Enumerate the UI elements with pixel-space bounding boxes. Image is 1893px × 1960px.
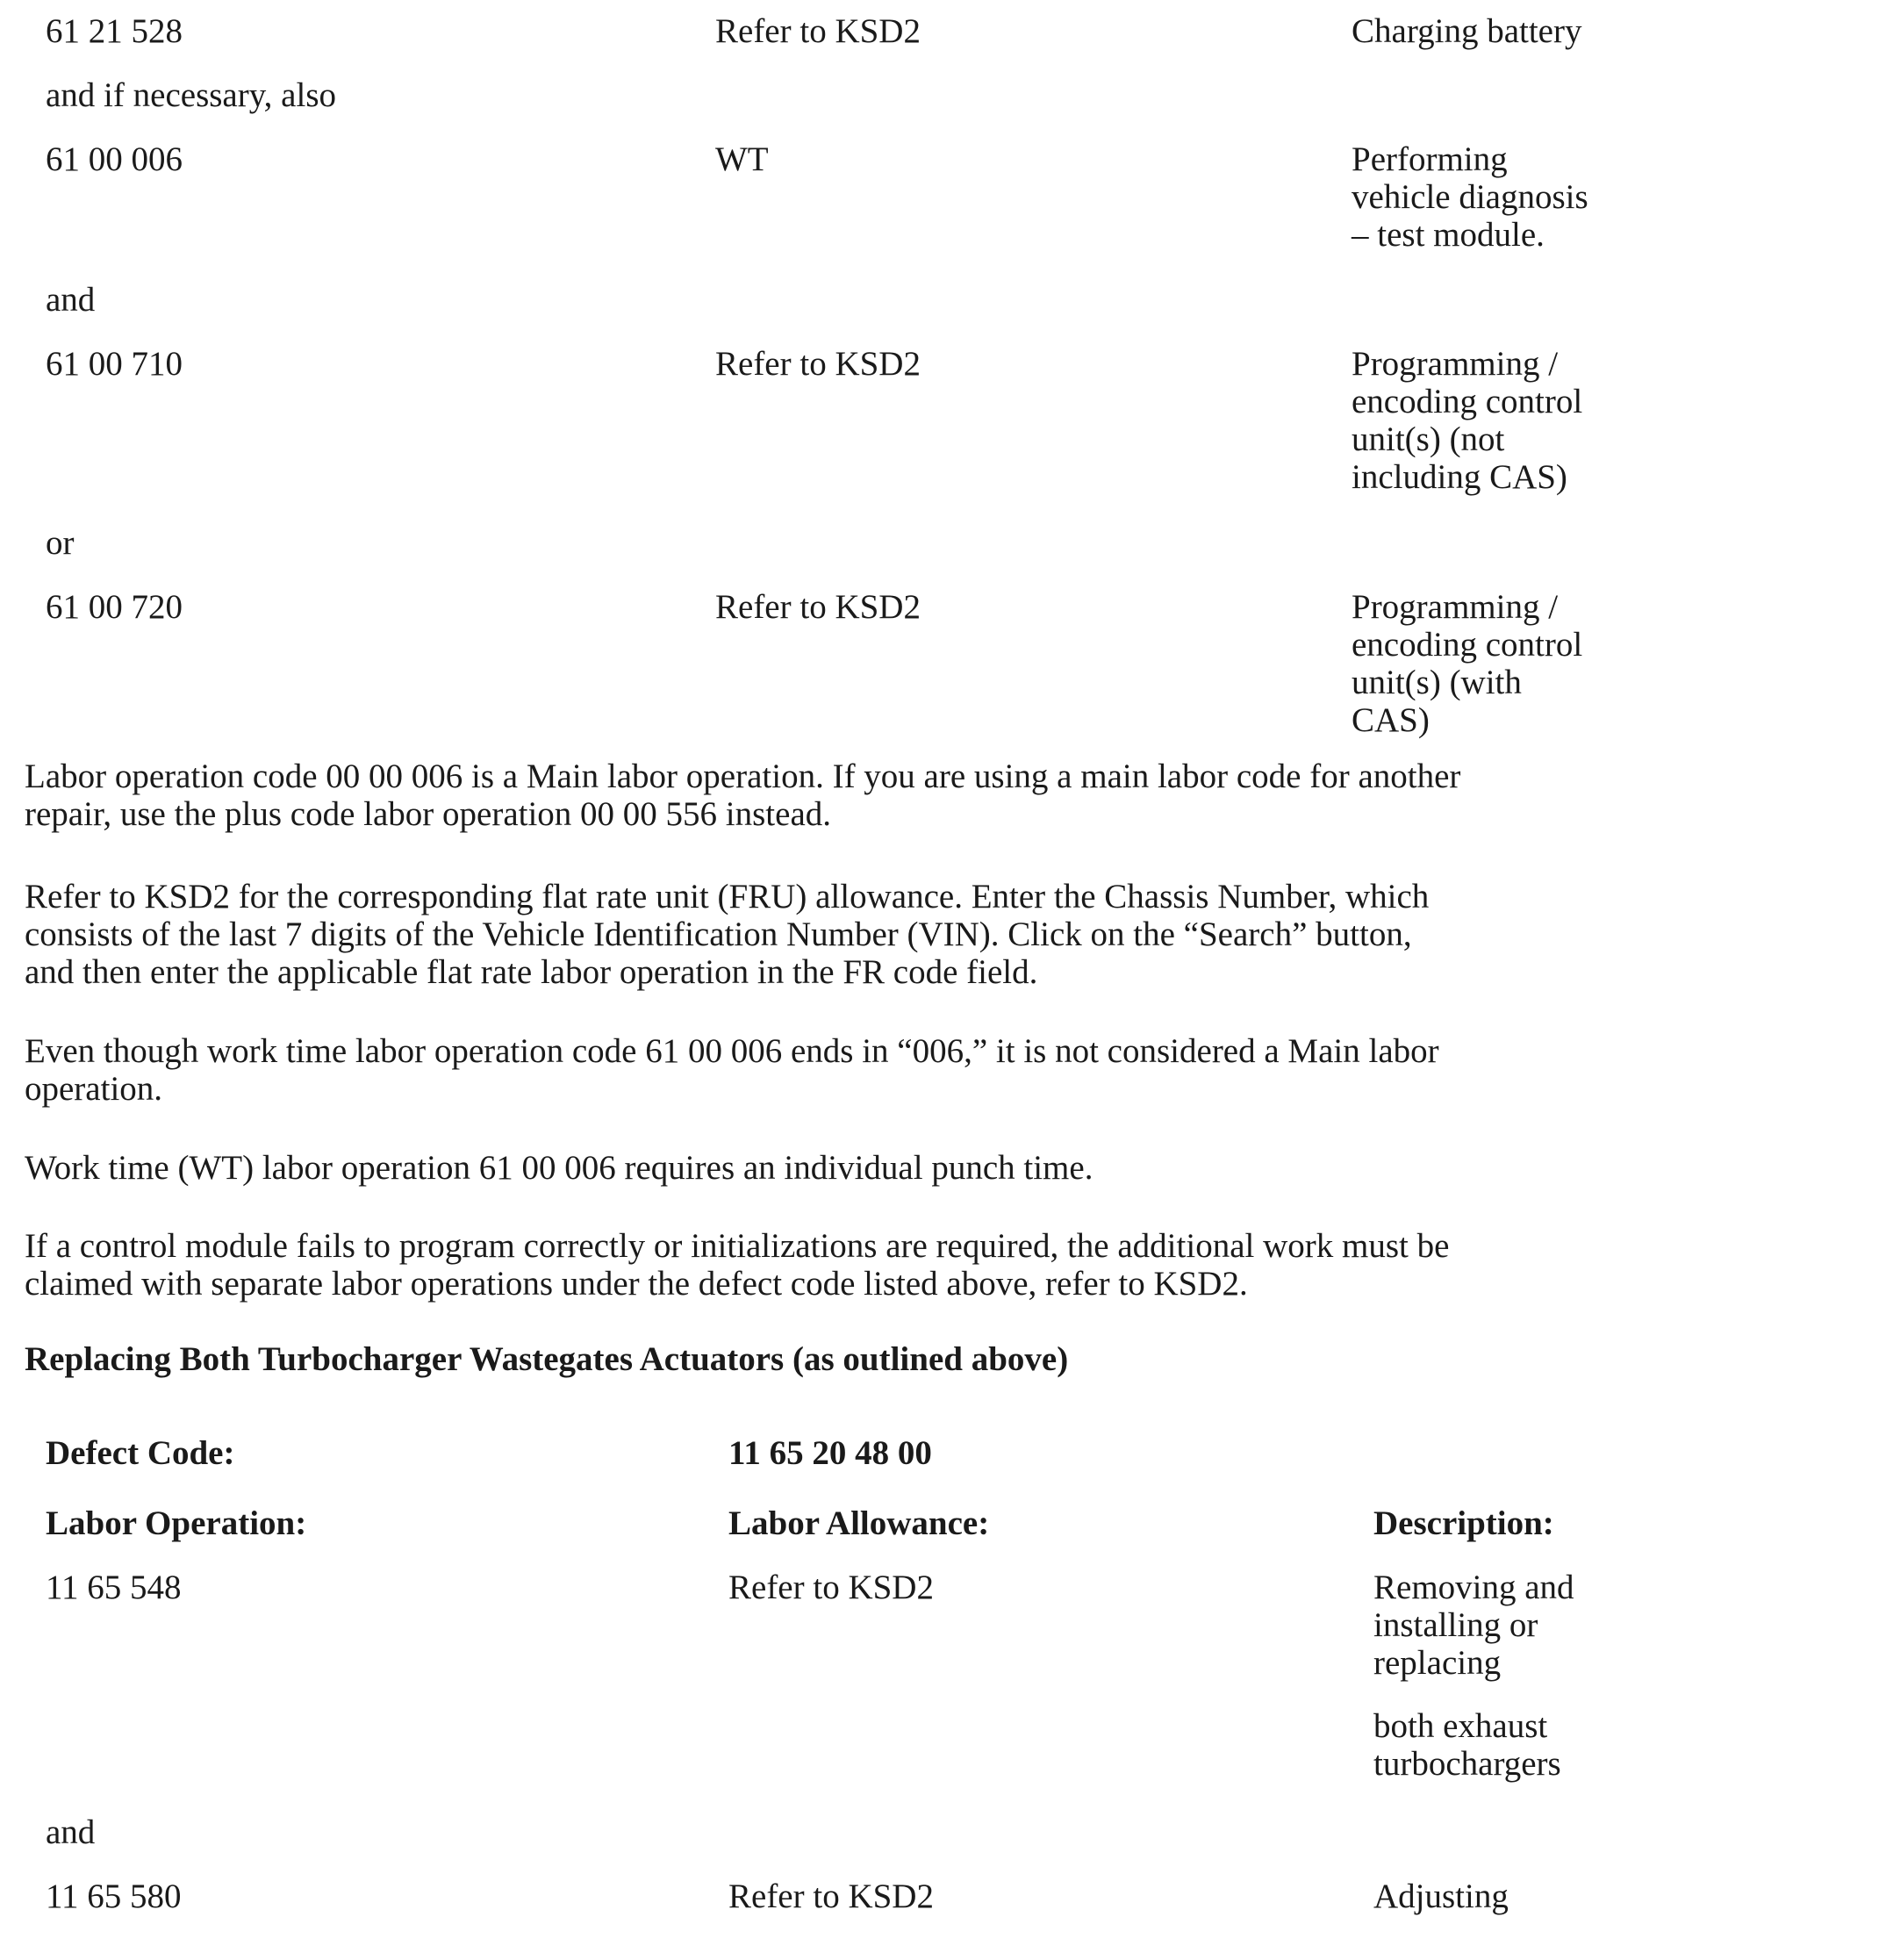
- description-line: CAS): [1352, 701, 1582, 739]
- labor-description: Removing and installing or replacing bot…: [1373, 1569, 1574, 1783]
- paragraph-line: claimed with separate labor operations u…: [25, 1265, 1876, 1303]
- labor-description: Programming / encoding control unit(s) (…: [1352, 588, 1582, 739]
- labor-description: Performing vehicle diagnosis – test modu…: [1352, 140, 1588, 254]
- description-line: replacing: [1373, 1644, 1574, 1682]
- paragraph-ksd2-note: Refer to KSD2 for the corresponding flat…: [25, 878, 1876, 991]
- labor-description: Charging battery: [1352, 12, 1581, 50]
- defect-code-label: Defect Code:: [46, 1434, 234, 1472]
- labor-description: Programming / encoding control unit(s) (…: [1352, 345, 1582, 496]
- labor-operation-code: 61 21 528: [46, 12, 183, 50]
- labor-allowance: Refer to KSD2: [715, 345, 921, 383]
- labor-allowance: Refer to KSD2: [728, 1877, 934, 1915]
- header-labor-operation: Labor Operation:: [46, 1504, 306, 1542]
- paragraph-line: If a control module fails to program cor…: [25, 1227, 1876, 1265]
- description-line: both exhaust: [1373, 1707, 1574, 1745]
- labor-allowance: WT: [715, 140, 769, 178]
- connector-text: and if necessary, also: [46, 76, 336, 114]
- labor-description: Adjusting: [1373, 1877, 1509, 1915]
- description-line: including CAS): [1352, 458, 1582, 496]
- section-heading: Replacing Both Turbocharger Wastegates A…: [25, 1340, 1068, 1378]
- labor-operation-code: 11 65 548: [46, 1569, 182, 1606]
- paragraph-line: and then enter the applicable flat rate …: [25, 953, 1876, 991]
- description-line: vehicle diagnosis: [1352, 178, 1588, 216]
- description-line: – test module.: [1352, 216, 1588, 254]
- labor-allowance: Refer to KSD2: [728, 1569, 934, 1606]
- labor-allowance: Refer to KSD2: [715, 588, 921, 626]
- header-description: Description:: [1373, 1504, 1554, 1542]
- paragraph-main-labor-note: Labor operation code 00 00 006 is a Main…: [25, 757, 1876, 833]
- labor-allowance: Refer to KSD2: [715, 12, 921, 50]
- labor-operation-code: 11 65 580: [46, 1877, 182, 1915]
- paragraph-line: Even though work time labor operation co…: [25, 1032, 1876, 1070]
- paragraph-control-module-note: If a control module fails to program cor…: [25, 1227, 1876, 1303]
- description-line: turbochargers: [1373, 1745, 1574, 1783]
- labor-operation-code: 61 00 720: [46, 588, 183, 626]
- description-line: encoding control: [1352, 383, 1582, 420]
- paragraph-line: Work time (WT) labor operation 61 00 006…: [25, 1149, 1876, 1187]
- header-labor-allowance: Labor Allowance:: [728, 1504, 989, 1542]
- paragraph-line: Labor operation code 00 00 006 is a Main…: [25, 757, 1876, 795]
- description-line: encoding control: [1352, 626, 1582, 664]
- paragraph-line: Refer to KSD2 for the corresponding flat…: [25, 878, 1876, 915]
- labor-operation-code: 61 00 006: [46, 140, 183, 178]
- paragraph-line: operation.: [25, 1070, 1876, 1108]
- description-line: installing or: [1373, 1606, 1574, 1644]
- description-line: Performing: [1352, 140, 1588, 178]
- connector-text: or: [46, 524, 75, 562]
- labor-operation-code: 61 00 710: [46, 345, 183, 383]
- paragraph-006-note: Even though work time labor operation co…: [25, 1032, 1876, 1108]
- paragraph-line: repair, use the plus code labor operatio…: [25, 795, 1876, 833]
- description-line: Programming /: [1352, 588, 1582, 626]
- description-line: unit(s) (with: [1352, 664, 1582, 701]
- description-line: unit(s) (not: [1352, 420, 1582, 458]
- connector-text: and: [46, 281, 95, 319]
- paragraph-punch-time-note: Work time (WT) labor operation 61 00 006…: [25, 1149, 1876, 1187]
- description-line: Programming /: [1352, 345, 1582, 383]
- connector-text: and: [46, 1813, 95, 1851]
- paragraph-line: consists of the last 7 digits of the Veh…: [25, 915, 1876, 953]
- description-line: Removing and: [1373, 1569, 1574, 1606]
- defect-code-value: 11 65 20 48 00: [728, 1434, 932, 1472]
